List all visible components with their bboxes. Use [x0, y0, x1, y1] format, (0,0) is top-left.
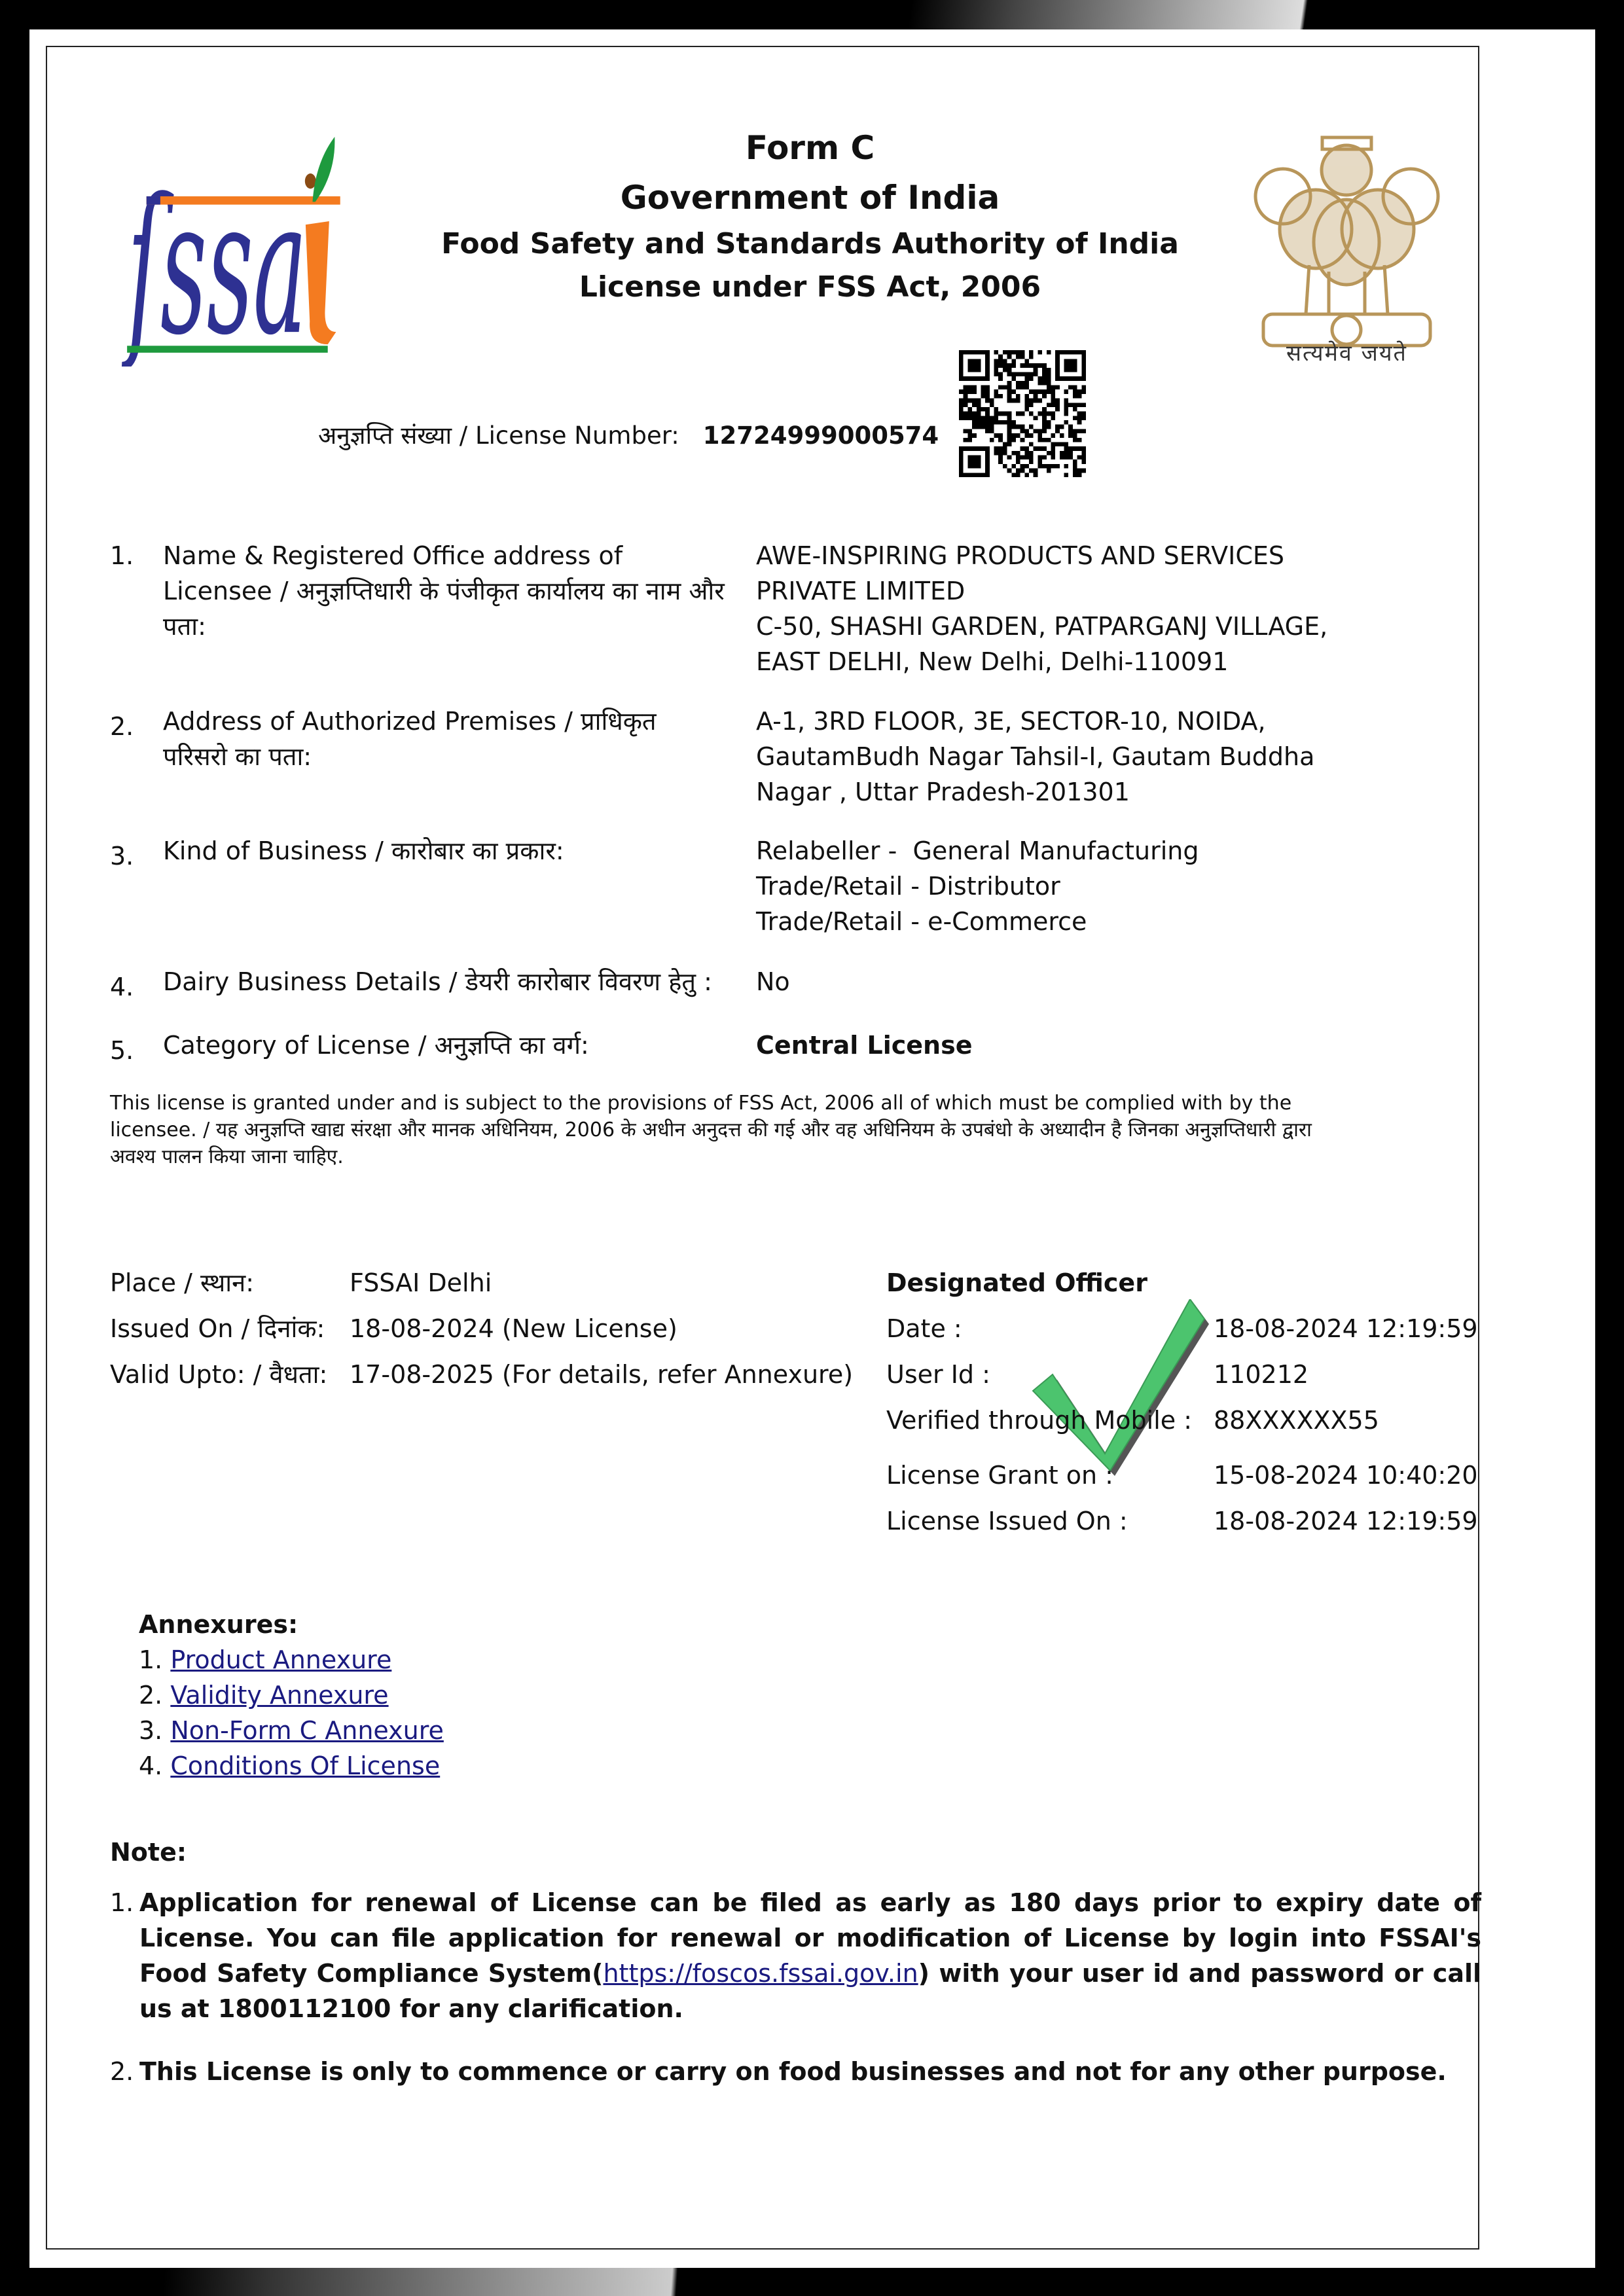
qr-code-icon[interactable]: [959, 350, 1086, 477]
annexure-number: 2.: [139, 1681, 162, 1710]
field-number: 4.: [110, 969, 134, 1005]
annexures-heading: Annexures:: [139, 1607, 444, 1642]
place-value: FSSAI Delhi: [350, 1268, 492, 1297]
field-number: 3.: [110, 838, 134, 874]
officer-date-value: 18-08-2024 12:19:59: [1214, 1314, 1478, 1343]
officer-date-label: Date :: [886, 1306, 1214, 1352]
annexure-item: 3. Non-Form C Annexure: [139, 1713, 444, 1748]
fssai-logo-icon: ſssa: [110, 124, 359, 367]
value-line: Trade/Retail - Distributor: [756, 869, 1411, 904]
value-line: C-50, SHASHI GARDEN, PATPARGANJ VILLAGE,: [756, 609, 1411, 644]
field-label: Address of Authorized Premises / प्राधिक…: [163, 704, 674, 774]
field-value: A-1, 3RD FLOOR, 3E, SECTOR-10, NOIDA, Ga…: [756, 704, 1411, 810]
field-value: No: [756, 964, 1411, 999]
svg-text:ſssa: ſssa: [122, 159, 307, 367]
license-grant-value: 15-08-2024 10:40:20: [1214, 1461, 1478, 1490]
value-line: AWE-INSPIRING PRODUCTS AND SERVICES: [756, 538, 1411, 573]
validity-annexure-link[interactable]: Validity Annexure: [170, 1681, 388, 1710]
field-number: 2.: [110, 709, 134, 744]
annexure-number: 4.: [139, 1751, 162, 1780]
value-line: Relabeller - General Manufacturing: [756, 833, 1411, 869]
officer-mobile-label: Verified through Mobile :: [886, 1397, 1214, 1443]
field-value: AWE-INSPIRING PRODUCTS AND SERVICES PRIV…: [756, 538, 1411, 679]
value-line: A-1, 3RD FLOOR, 3E, SECTOR-10, NOIDA,: [756, 704, 1411, 739]
field-label: Dairy Business Details / डेयरी कारोबार व…: [163, 964, 726, 999]
value-line: No: [756, 964, 1411, 999]
non-form-c-annexure-link[interactable]: Non-Form C Annexure: [170, 1716, 444, 1745]
annexure-item: 2. Validity Annexure: [139, 1677, 444, 1713]
officer-heading: Designated Officer: [886, 1260, 1478, 1306]
place-label: Place / स्थान:: [110, 1260, 350, 1306]
field-number: 1.: [110, 538, 134, 573]
form-title: Form C: [367, 123, 1254, 173]
field-value: Relabeller - General Manufacturing Trade…: [756, 833, 1411, 939]
authority-title: Food Safety and Standards Authority of I…: [367, 223, 1254, 266]
document-title: Form C Government of India Food Safety a…: [367, 123, 1254, 309]
annexures-block: Annexures: 1. Product Annexure 2. Validi…: [139, 1607, 444, 1784]
product-annexure-link[interactable]: Product Annexure: [170, 1645, 391, 1674]
annexure-number: 3.: [139, 1716, 162, 1745]
officer-userid-label: User Id :: [886, 1352, 1214, 1397]
emblem-motto: सत्यमेव जयते: [1286, 337, 1407, 367]
note-text: This License is only to commence or carr…: [139, 2057, 1447, 2086]
annexure-item: 1. Product Annexure: [139, 1642, 444, 1677]
place-issue-block: Place / स्थान:FSSAI Delhi Issued On / दि…: [110, 1260, 853, 1397]
conditions-of-license-link[interactable]: Conditions Of License: [170, 1751, 440, 1780]
license-number-label: अनुज्ञप्ति संख्या / License Number:: [318, 422, 679, 450]
value-line: Central License: [756, 1028, 1411, 1063]
value-line: GautamBudh Nagar Tahsil-I, Gautam Buddha: [756, 739, 1411, 774]
license-issued-label: License Issued On :: [886, 1498, 1214, 1544]
valid-upto-label: Valid Upto: / वैधता:: [110, 1352, 350, 1397]
value-line: Trade/Retail - e-Commerce: [756, 904, 1411, 939]
note-number: 2.: [110, 2054, 134, 2089]
officer-userid-value: 110212: [1214, 1360, 1308, 1389]
value-line: EAST DELHI, New Delhi, Delhi-110091: [756, 644, 1411, 679]
annexure-item: 4. Conditions Of License: [139, 1748, 444, 1784]
license-number-value: 12724999000574: [703, 422, 939, 450]
issued-on-label: Issued On / दिनांक:: [110, 1306, 350, 1352]
issued-on-value: 18-08-2024 (New License): [350, 1314, 677, 1343]
note-number: 1.: [110, 1885, 134, 1920]
note-heading: Note:: [110, 1838, 187, 1867]
government-title: Government of India: [367, 173, 1254, 223]
act-title: License under FSS Act, 2006: [367, 266, 1254, 309]
note-item: 2. This License is only to commence or c…: [110, 2054, 1485, 2089]
frame-decoration-top: [908, 0, 1324, 29]
field-value: Central License: [756, 1028, 1411, 1063]
license-issued-value: 18-08-2024 12:19:59: [1214, 1507, 1478, 1535]
value-line: Nagar , Uttar Pradesh-201301: [756, 774, 1411, 810]
field-label: Category of License / अनुज्ञप्ति का वर्ग…: [163, 1028, 726, 1063]
annexure-number: 1.: [139, 1645, 162, 1674]
license-number-row: अनुज्ञप्ति संख्या / License Number:12724…: [318, 418, 939, 451]
license-grant-label: License Grant on :: [886, 1452, 1214, 1498]
national-emblem-icon: [1237, 124, 1456, 373]
note-item: 1. Application for renewal of License ca…: [110, 1885, 1485, 2026]
designated-officer-block: Designated Officer Date :18-08-2024 12:1…: [886, 1260, 1478, 1544]
foscos-link[interactable]: https://foscos.fssai.gov.in: [603, 1959, 918, 1988]
frame-decoration-bottom: [162, 2268, 688, 2296]
license-disclaimer: This license is granted under and is sub…: [110, 1090, 1341, 1170]
field-label: Name & Registered Office address of Lice…: [163, 538, 726, 644]
field-label: Kind of Business / कारोबार का प्रकार:: [163, 833, 726, 869]
officer-mobile-value: 88XXXXXX55: [1214, 1406, 1379, 1435]
field-number: 5.: [110, 1033, 134, 1068]
value-line: PRIVATE LIMITED: [756, 573, 1411, 609]
valid-upto-value: 17-08-2025 (For details, refer Annexure): [350, 1360, 853, 1389]
